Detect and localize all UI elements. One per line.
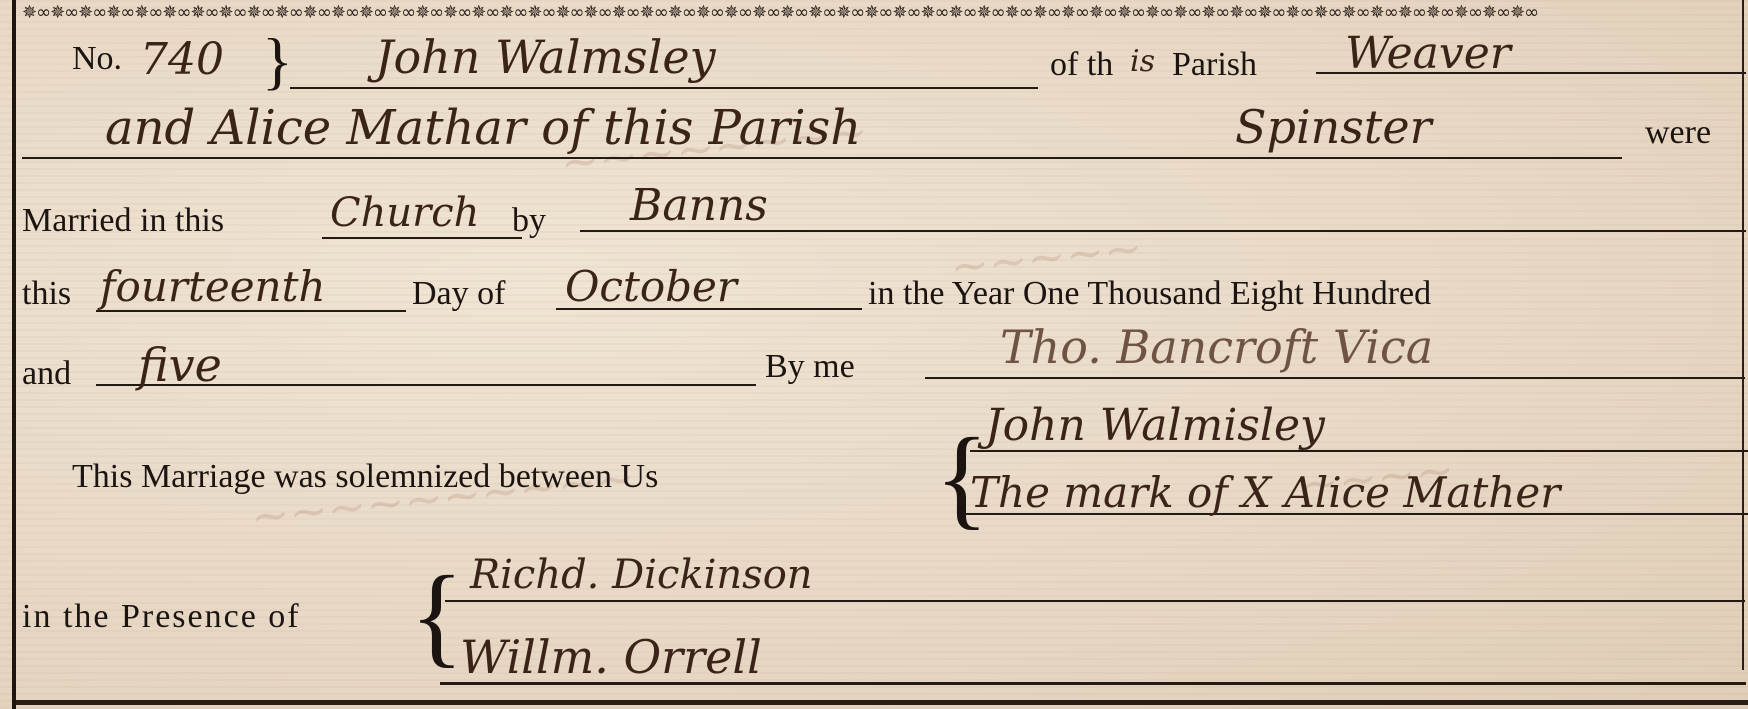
witness-signature-2: Willm. Orrell [460, 630, 762, 684]
groom-occupation: Weaver [1345, 28, 1511, 79]
groom-signature: John Walmisley [985, 400, 1325, 451]
were-label: were [1645, 114, 1711, 152]
by-me-label: By me [765, 348, 855, 386]
year-handwritten: five [138, 338, 222, 392]
of-this-label: of th [1050, 46, 1113, 84]
and-label: and [22, 355, 71, 393]
bride-line [22, 157, 1622, 159]
right-border-rule [1742, 0, 1744, 670]
entry-number: 740 [140, 34, 224, 85]
witness-signature-1: Richd. Dickinson [470, 552, 813, 598]
officiant-signature: Tho. Bancroft Vica [1000, 320, 1433, 374]
groom-name-line [290, 87, 1038, 89]
decorative-border: ✵∞✵∞✵∞✵∞✵∞✵∞✵∞✵∞✵∞✵∞✵∞✵∞✵∞✵∞✵∞✵∞✵∞✵∞✵∞✵∞… [22, 2, 1744, 24]
day-of-label: Day of [412, 275, 505, 313]
presence-label: in the Presence of [22, 598, 301, 636]
marriage-place: Church [330, 190, 479, 236]
marriage-month: October [565, 262, 737, 311]
year-printed-text: in the Year One Thousand Eight Hundred [868, 275, 1431, 313]
groom-name: John Walmsley [375, 30, 716, 84]
left-border-rule [12, 0, 16, 709]
marriage-method: Banns [630, 180, 768, 231]
marriage-day: fourteenth [100, 262, 326, 311]
brace-icon: } [262, 24, 293, 98]
married-in-label: Married in this [22, 202, 224, 240]
parish-insert: is [1130, 44, 1155, 79]
by-label: by [512, 202, 546, 240]
solemnized-label: This Marriage was solemnized between Us [72, 458, 658, 496]
entry-number-label: No. [72, 40, 122, 78]
bride-text: and Alice Mathar of this Parish [105, 100, 861, 156]
officiant-line [925, 377, 1745, 379]
parish-label: Parish [1172, 46, 1257, 84]
this-label: this [22, 275, 71, 313]
bottom-border-rule [16, 700, 1748, 705]
witness-line-1 [445, 600, 1745, 602]
bride-status: Spinster [1235, 100, 1432, 154]
bride-mark-signature: The mark of X Alice Mather [970, 468, 1560, 517]
brace-icon: { [410, 560, 464, 672]
place-line [322, 237, 522, 239]
